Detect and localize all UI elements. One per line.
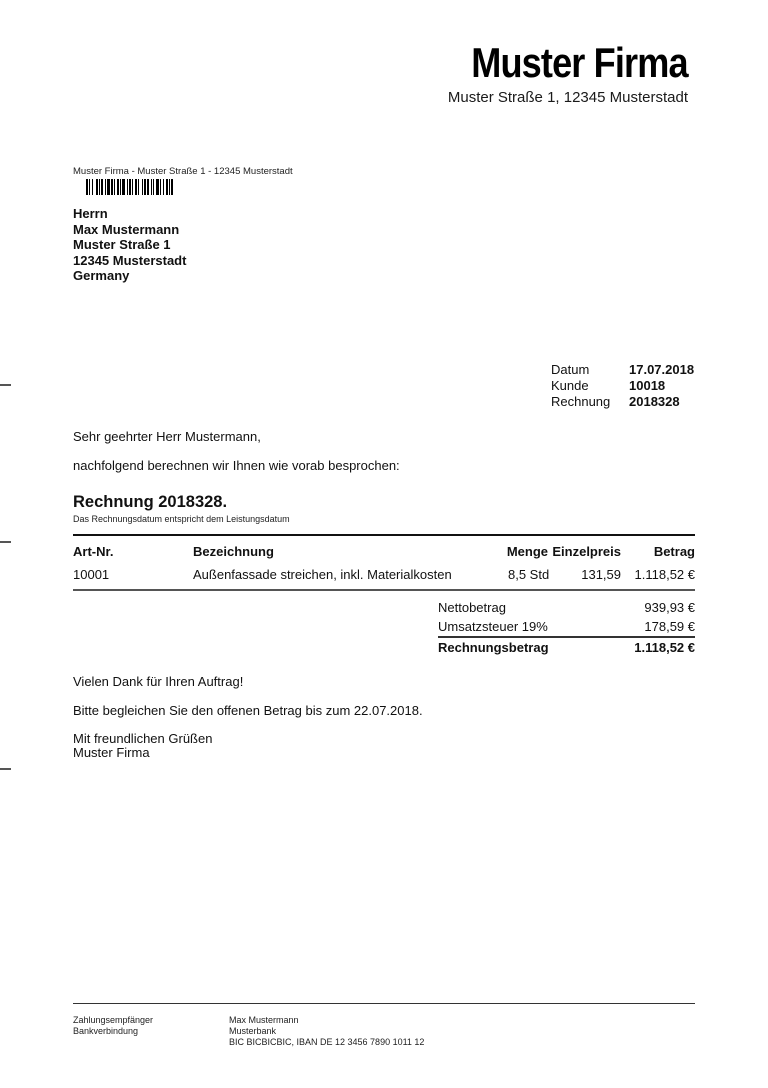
footer-values: Max Mustermann Musterbank BIC BICBICBIC,… — [229, 1015, 424, 1048]
sender-return-line: Muster Firma - Muster Straße 1 - 12345 M… — [73, 166, 293, 177]
meta-customer: Kunde 10018 — [551, 378, 694, 394]
footer-rule — [73, 1003, 695, 1004]
tax-label: Umsatzsteuer 19% — [438, 619, 548, 634]
signature: Muster Firma — [73, 745, 150, 760]
bank-details: BIC BICBICBIC, IBAN DE 12 3456 7890 1011… — [229, 1037, 424, 1048]
recipient-address: Herrn Max Mustermann Muster Straße 1 123… — [73, 206, 186, 284]
cell-art-nr: 10001 — [73, 567, 109, 582]
meta-value: 10018 — [629, 378, 665, 394]
table-bottom-rule — [73, 589, 695, 591]
invoice-title: Rechnung 2018328. — [73, 493, 227, 512]
net-value: 939,93 € — [644, 600, 695, 615]
cell-unit-price: 131,59 — [581, 567, 621, 582]
col-header-art-nr: Art-Nr. — [73, 544, 113, 559]
recipient-street: Muster Straße 1 — [73, 237, 186, 253]
cell-amount: 1.118,52 € — [635, 567, 695, 582]
meta-label: Kunde — [551, 378, 629, 394]
payment-note: Bitte begleichen Sie den offenen Betrag … — [73, 703, 423, 718]
meta-label: Datum — [551, 362, 629, 378]
meta-value: 2018328 — [629, 394, 680, 410]
total-label: Rechnungsbetrag — [438, 640, 549, 655]
tax-value: 178,59 € — [644, 619, 695, 634]
greeting: Sehr geehrter Herr Mustermann, — [73, 429, 261, 444]
bank-name: Musterbank — [229, 1026, 424, 1037]
invoice-subtitle: Das Rechnungsdatum entspricht dem Leistu… — [73, 514, 290, 524]
meta-invoice-number: Rechnung 2018328 — [551, 394, 694, 410]
company-logo-name: Muster Firma — [472, 40, 688, 86]
totals-rule — [438, 636, 695, 638]
punch-mark — [0, 541, 11, 543]
recipient-name: Max Mustermann — [73, 222, 186, 238]
net-label: Nettobetrag — [438, 600, 506, 615]
recipient-salutation: Herrn — [73, 206, 186, 222]
recipient-city: 12345 Musterstadt — [73, 253, 186, 269]
col-header-unit-price: Einzelpreis — [552, 544, 621, 559]
cell-quantity: 8,5 Std — [508, 567, 549, 582]
footer-labels: Zahlungsempfänger Bankverbindung — [73, 1015, 153, 1037]
thanks-text: Vielen Dank für Ihren Auftrag! — [73, 674, 243, 689]
fold-mark — [0, 384, 11, 386]
cell-description: Außenfassade streichen, inkl. Materialko… — [193, 567, 452, 582]
barcode-icon — [86, 179, 174, 195]
intro-text: nachfolgend berechnen wir Ihnen wie vora… — [73, 458, 400, 473]
closing-text: Mit freundlichen Grüßen — [73, 731, 212, 746]
payee-value: Max Mustermann — [229, 1015, 424, 1026]
col-header-description: Bezeichnung — [193, 544, 274, 559]
meta-date: Datum 17.07.2018 — [551, 362, 694, 378]
table-top-rule — [73, 534, 695, 536]
bank-label: Bankverbindung — [73, 1026, 153, 1037]
company-address: Muster Straße 1, 12345 Musterstadt — [448, 89, 688, 106]
col-header-quantity: Menge — [507, 544, 548, 559]
meta-value: 17.07.2018 — [629, 362, 694, 378]
payee-label: Zahlungsempfänger — [73, 1015, 153, 1026]
col-header-amount: Betrag — [654, 544, 695, 559]
meta-label: Rechnung — [551, 394, 629, 410]
recipient-country: Germany — [73, 268, 186, 284]
total-value: 1.118,52 € — [634, 640, 695, 655]
fold-mark — [0, 768, 11, 770]
invoice-meta: Datum 17.07.2018 Kunde 10018 Rechnung 20… — [551, 362, 694, 410]
